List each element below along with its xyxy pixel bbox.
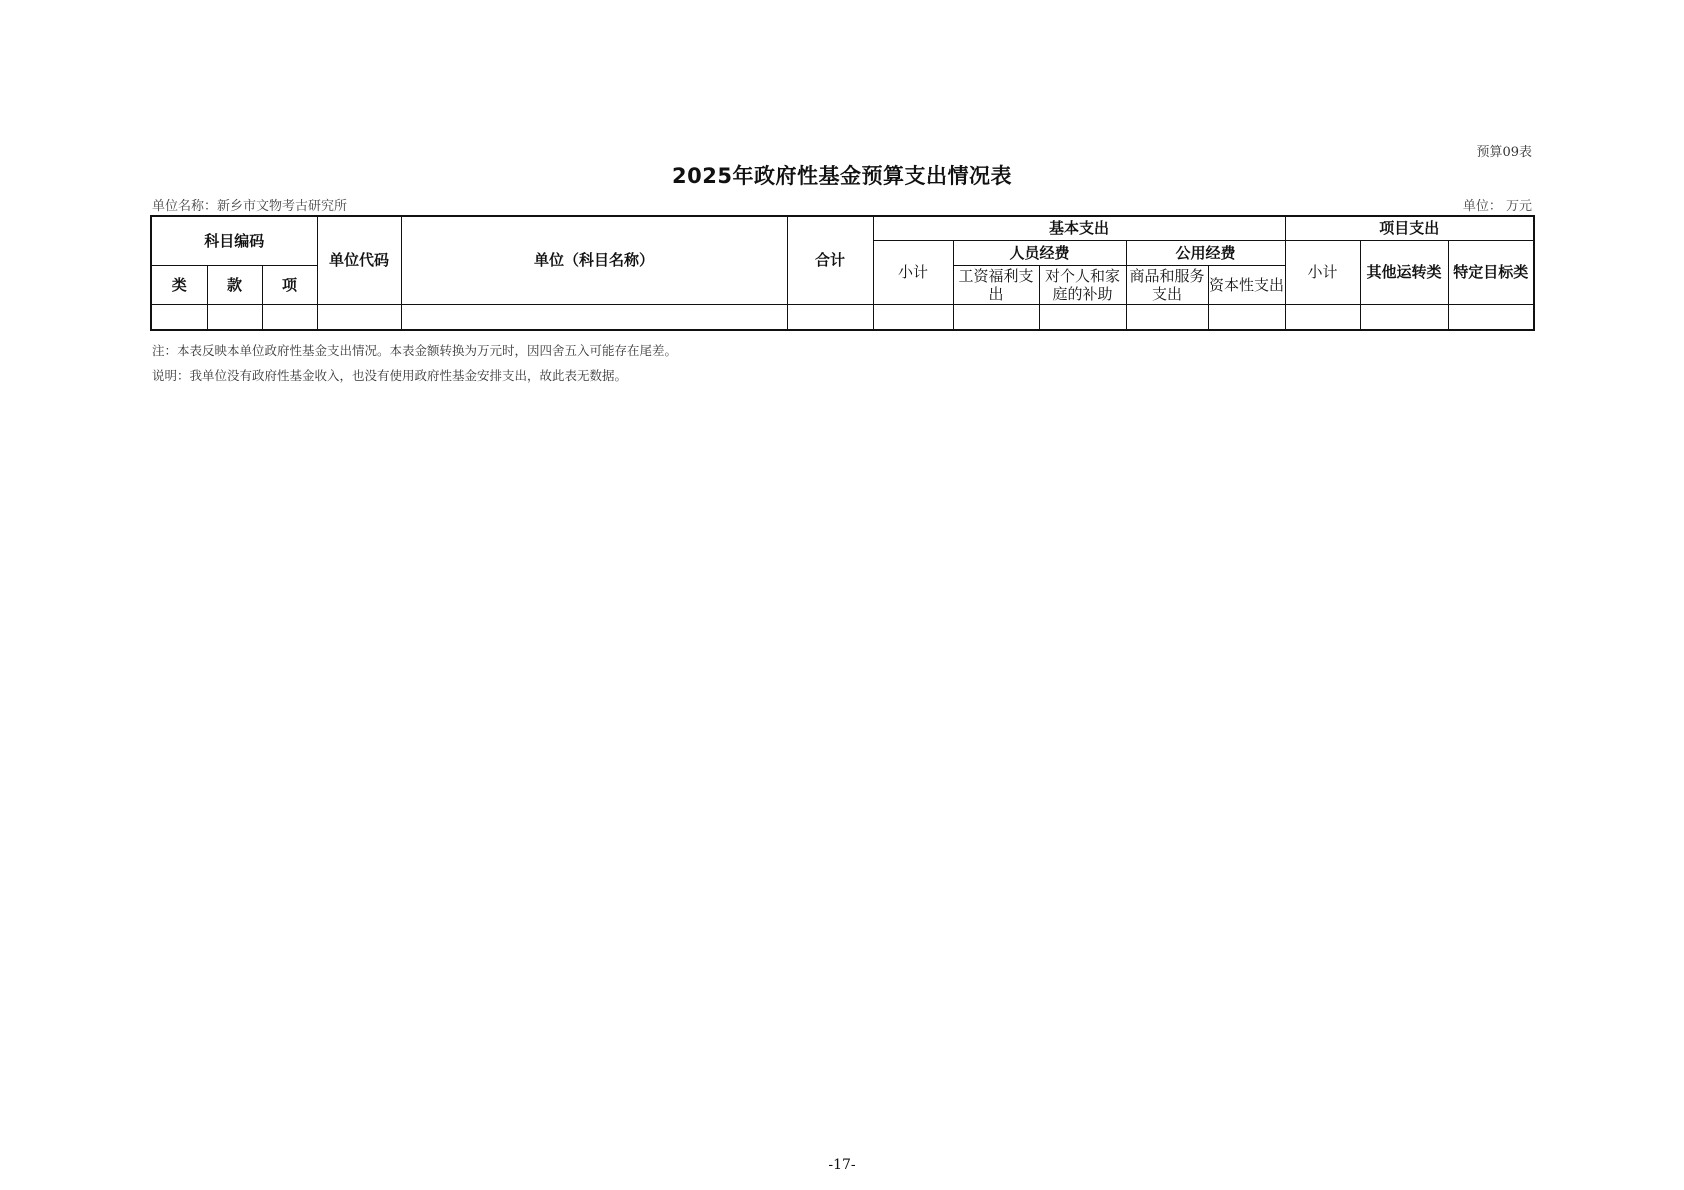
- table-cell: [317, 304, 401, 330]
- table-cell: [1039, 304, 1126, 330]
- table-row: [151, 304, 1534, 330]
- table-cell: [1126, 304, 1208, 330]
- header-project-subtotal: 小计: [1285, 240, 1360, 304]
- header-basic-subtotal: 小计: [873, 240, 953, 304]
- header-unit-subject-name: 单位（科目名称）: [401, 216, 787, 304]
- table-cell: [401, 304, 787, 330]
- header-salary-welfare: 工资福利支出: [953, 265, 1039, 304]
- header-total: 合计: [787, 216, 873, 304]
- header-unit-code: 单位代码: [317, 216, 401, 304]
- unit-name-label: 单位名称：新乡市文物考古研究所: [152, 195, 347, 214]
- header-item: 项: [262, 265, 317, 304]
- header-project-expenditure: 项目支出: [1285, 216, 1534, 240]
- page-number: -17-: [0, 1157, 1684, 1173]
- table-cell: [873, 304, 953, 330]
- header-public-funds: 公用经费: [1126, 240, 1285, 265]
- table-cell: [1448, 304, 1534, 330]
- header-other-transfer: 其他运转类: [1360, 240, 1448, 304]
- table-cell: [207, 304, 262, 330]
- budget-expenditure-table: 科目编码 单位代码 单位（科目名称） 合计 基本支出 项目支出 小计 人员经费 …: [150, 215, 1535, 331]
- header-basic-expenditure: 基本支出: [873, 216, 1285, 240]
- table-cell: [151, 304, 207, 330]
- header-personnel-funds: 人员经费: [953, 240, 1126, 265]
- table-note: 注：本表反映本单位政府性基金支出情况。本表金额转换为万元时，因四舍五入可能存在尾…: [152, 341, 677, 359]
- table-cell: [787, 304, 873, 330]
- table-cell: [1360, 304, 1448, 330]
- header-goods-services: 商品和服务支出: [1126, 265, 1208, 304]
- currency-unit-label: 单位： 万元: [1463, 195, 1532, 214]
- table-cell: [1285, 304, 1360, 330]
- header-section: 款: [207, 265, 262, 304]
- table-cell: [1208, 304, 1285, 330]
- header-subject-code: 科目编码: [151, 216, 317, 265]
- header-specific-target: 特定目标类: [1448, 240, 1534, 304]
- page-title: 2025年政府性基金预算支出情况表: [0, 160, 1684, 190]
- header-category: 类: [151, 265, 207, 304]
- header-capital-expenditure: 资本性支出: [1208, 265, 1285, 304]
- table-cell: [262, 304, 317, 330]
- form-number: 预算09表: [1476, 141, 1532, 160]
- table-explanation: 说明：我单位没有政府性基金收入，也没有使用政府性基金安排支出，故此表无数据。: [152, 366, 627, 384]
- table-cell: [953, 304, 1039, 330]
- header-household-subsidy: 对个人和家庭的补助: [1039, 265, 1126, 304]
